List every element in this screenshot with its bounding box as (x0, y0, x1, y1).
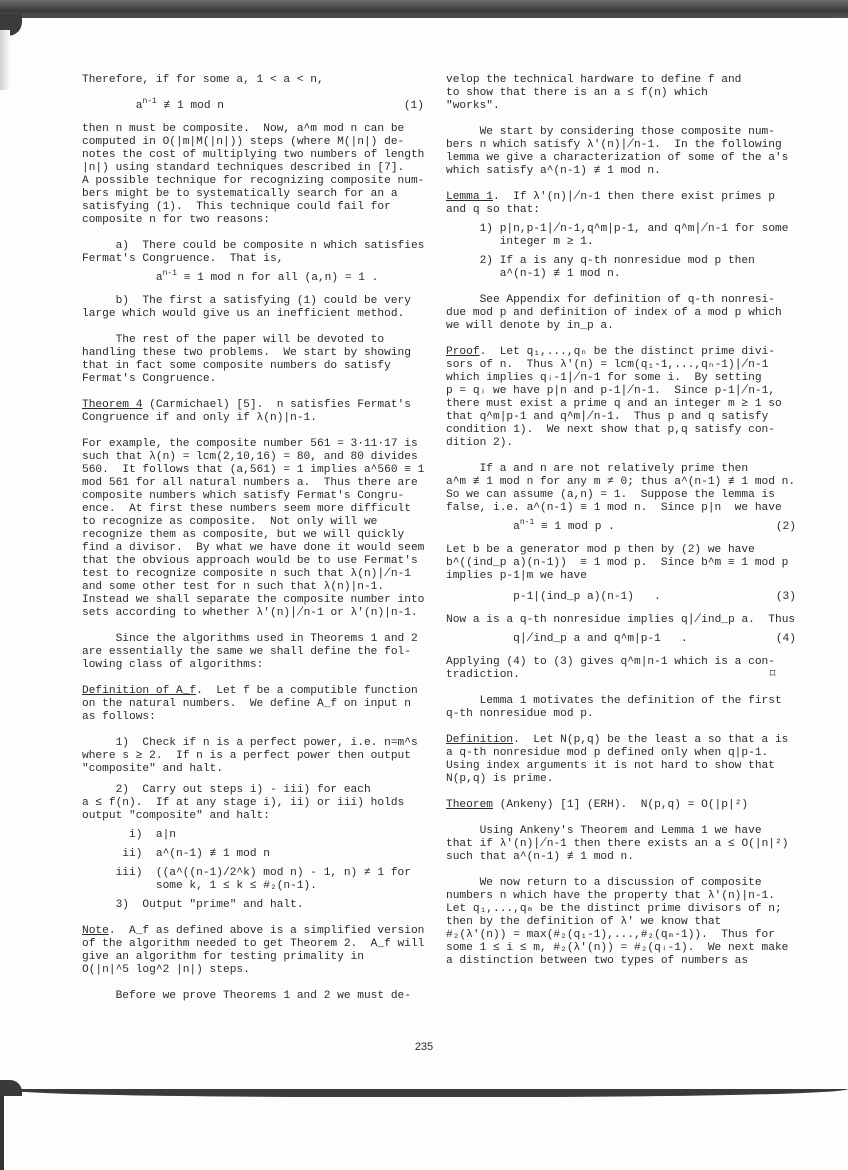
paragraph: Before we prove Theorems 1 and 2 we must… (82, 990, 444, 1003)
paragraph: then n must be composite. Now, a^m mod n… (82, 123, 444, 227)
paragraph-a: a) There could be composite n which sati… (82, 240, 444, 266)
scan-bottom-edge (0, 1089, 848, 1097)
equation-2: an-1 ≡ 1 mod p .(2) (446, 521, 816, 534)
equation-3: p-1|(ind_p a)(n-1) .(3) (446, 591, 816, 604)
definition-af: Definition of A_f. Let f be a computible… (82, 685, 444, 724)
lemma-1: Lemma 1. If λ'(n)∤n-1 then there exist p… (446, 191, 816, 217)
equation-1: an-1 ≢ 1 mod n(1) (82, 100, 444, 113)
right-column: velop the technical hardware to define f… (446, 74, 816, 981)
substep: ii) a^(n-1) ≢ 1 mod n (82, 848, 444, 861)
page-number: 235 (0, 1041, 848, 1053)
fermat-congruence: an-1 ≡ 1 mod n for all (a,n) = 1 . (82, 272, 444, 285)
paragraph: Using Ankeny's Theorem and Lemma 1 we ha… (446, 825, 816, 864)
paragraph: Let b be a generator mod p then by (2) w… (446, 544, 816, 583)
paragraph: Applying (4) to (3) gives q^m|n-1 which … (446, 656, 816, 682)
paragraph: See Appendix for definition of q-th nonr… (446, 294, 816, 333)
scan-bottom-corner (0, 1080, 22, 1096)
paragraph: If a and n are not relatively prime then… (446, 463, 816, 515)
equation-4: q∤ind_p a and q^m|p-1 .(4) (446, 633, 816, 646)
paragraph-b: b) The first a satisfying (1) could be v… (82, 295, 444, 321)
paragraph: For example, the composite number 561 = … (82, 438, 444, 620)
paragraph: Since the algorithms used in Theorems 1 … (82, 633, 444, 672)
paragraph: We start by considering those composite … (446, 126, 816, 178)
theorem-4: Theorem 4 (Carmichael) [5]. n satisfies … (82, 399, 444, 425)
step-3: 3) Output "prime" and halt. (82, 899, 444, 912)
step-1: 1) Check if n is a perfect power, i.e. n… (82, 737, 444, 776)
paragraph: The rest of the paper will be devoted to… (82, 334, 444, 386)
lemma-item: 1) p|n,p-1∤n-1,q^m|p-1, and q^m∤n-1 for … (446, 223, 816, 249)
left-column: Therefore, if for some a, 1 < a < n, an-… (82, 74, 444, 1016)
paragraph: We now return to a discussion of composi… (446, 877, 816, 968)
proof: Proof. Let q₁,...,qₙ be the distinct pri… (446, 346, 816, 450)
qed-symbol: ⌑ (769, 669, 776, 682)
definition: Definition. Let N(p,q) be the least a so… (446, 734, 816, 786)
scan-top-shadow (20, 14, 832, 18)
paragraph: Lemma 1 motivates the definition of the … (446, 695, 816, 721)
lemma-item: 2) If a is any q-th nonresidue mod p the… (446, 255, 816, 281)
paragraph: velop the technical hardware to define f… (446, 74, 816, 113)
substep: iii) ((a^((n-1)/2^k) mod n) - 1, n) ≠ 1 … (82, 867, 444, 893)
scan-left-edge (0, 30, 10, 90)
substep: i) a|n (82, 829, 444, 842)
step-2: 2) Carry out steps i) - iii) for each a … (82, 784, 444, 823)
scan-bottom-left-edge (0, 1095, 4, 1170)
paragraph: Therefore, if for some a, 1 < a < n, (82, 74, 444, 87)
note: Note. A_f as defined above is a simplifi… (82, 925, 444, 977)
paragraph: Now a is a q-th nonresidue implies q∤ind… (446, 614, 816, 627)
theorem-ankeny: Theorem (Ankeny) [1] (ERH). N(p,q) = O(|… (446, 799, 816, 812)
